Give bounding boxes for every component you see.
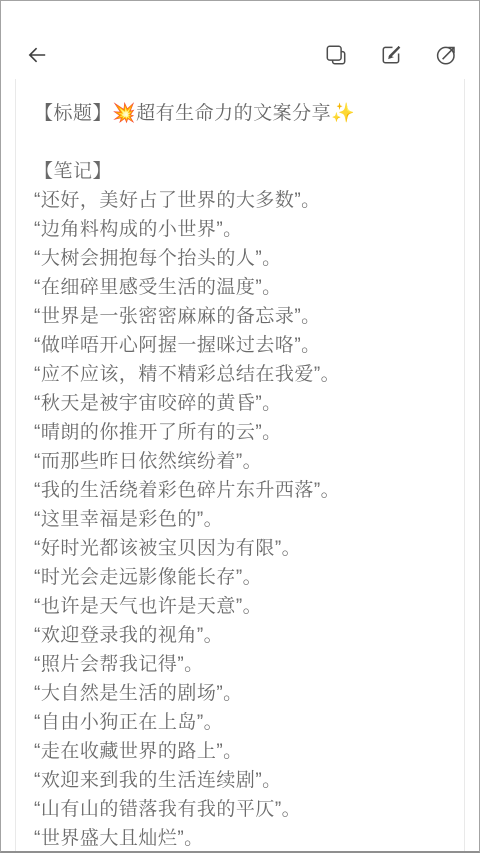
quote-line: “我的生活绕着彩色碎片东升西落”。 bbox=[34, 476, 446, 505]
quote-line: “而那些昨日依然缤纷着”。 bbox=[34, 447, 446, 476]
edit-icon bbox=[379, 43, 403, 67]
copy-icon bbox=[324, 43, 348, 67]
quote-line: “应不应该，精不精彩总结在我爱”。 bbox=[34, 360, 446, 389]
quote-line: “欢迎登录我的视角”。 bbox=[34, 621, 446, 650]
note-title: 【标题】💥超有生命力的文案分享✨ bbox=[34, 99, 446, 128]
quote-line: “世界盛大且灿烂”。 bbox=[34, 824, 446, 851]
quote-line: “好时光都该被宝贝因为有限”。 bbox=[34, 534, 446, 563]
share-button[interactable] bbox=[434, 43, 458, 67]
quote-line: “照片会帮我记得”。 bbox=[34, 650, 446, 679]
quote-line: “边角料构成的小世界”。 bbox=[34, 215, 446, 244]
quote-line: “大自然是生活的剧场”。 bbox=[34, 679, 446, 708]
edit-button[interactable] bbox=[379, 43, 403, 67]
quote-line: “欢迎来到我的生活连续剧”。 bbox=[34, 766, 446, 795]
share-icon bbox=[434, 43, 458, 67]
quote-line: “还好，美好占了世界的大多数”。 bbox=[34, 186, 446, 215]
quote-line: “晴朗的你推开了所有的云”。 bbox=[34, 418, 446, 447]
quote-line: “做咩唔开心阿握一握咪过去咯”。 bbox=[34, 331, 446, 360]
app-bar bbox=[1, 1, 479, 79]
quote-line: “大树会拥抱每个抬头的人”。 bbox=[34, 244, 446, 273]
blank-line bbox=[34, 128, 446, 157]
quote-line: “这里幸福是彩色的”。 bbox=[34, 505, 446, 534]
quote-line: “在细碎里感受生活的温度”。 bbox=[34, 273, 446, 302]
quote-line: “秋天是被宇宙咬碎的黄昏”。 bbox=[34, 389, 446, 418]
quote-line: “世界是一张密密麻麻的备忘录”。 bbox=[34, 302, 446, 331]
app-screen: 【标题】💥超有生命力的文案分享✨ 【笔记】 “还好，美好占了世界的大多数”。“边… bbox=[0, 0, 480, 853]
arrow-left-icon bbox=[25, 43, 49, 67]
copy-button[interactable] bbox=[324, 43, 348, 67]
note-card: 【标题】💥超有生命力的文案分享✨ 【笔记】 “还好，美好占了世界的大多数”。“边… bbox=[15, 79, 465, 851]
quote-line: “也许是天气也许是天意”。 bbox=[34, 592, 446, 621]
quote-line: “时光会走远影像能长存”。 bbox=[34, 563, 446, 592]
quote-line: “自由小狗正在上岛”。 bbox=[34, 708, 446, 737]
quote-line: “走在收藏世界的路上”。 bbox=[34, 737, 446, 766]
quote-list: “还好，美好占了世界的大多数”。“边角料构成的小世界”。“大树会拥抱每个抬头的人… bbox=[34, 186, 446, 851]
back-button[interactable] bbox=[25, 43, 49, 67]
note-section-label: 【笔记】 bbox=[34, 157, 446, 186]
quote-line: “山有山的错落我有我的平仄”。 bbox=[34, 795, 446, 824]
appbar-actions bbox=[324, 43, 458, 67]
